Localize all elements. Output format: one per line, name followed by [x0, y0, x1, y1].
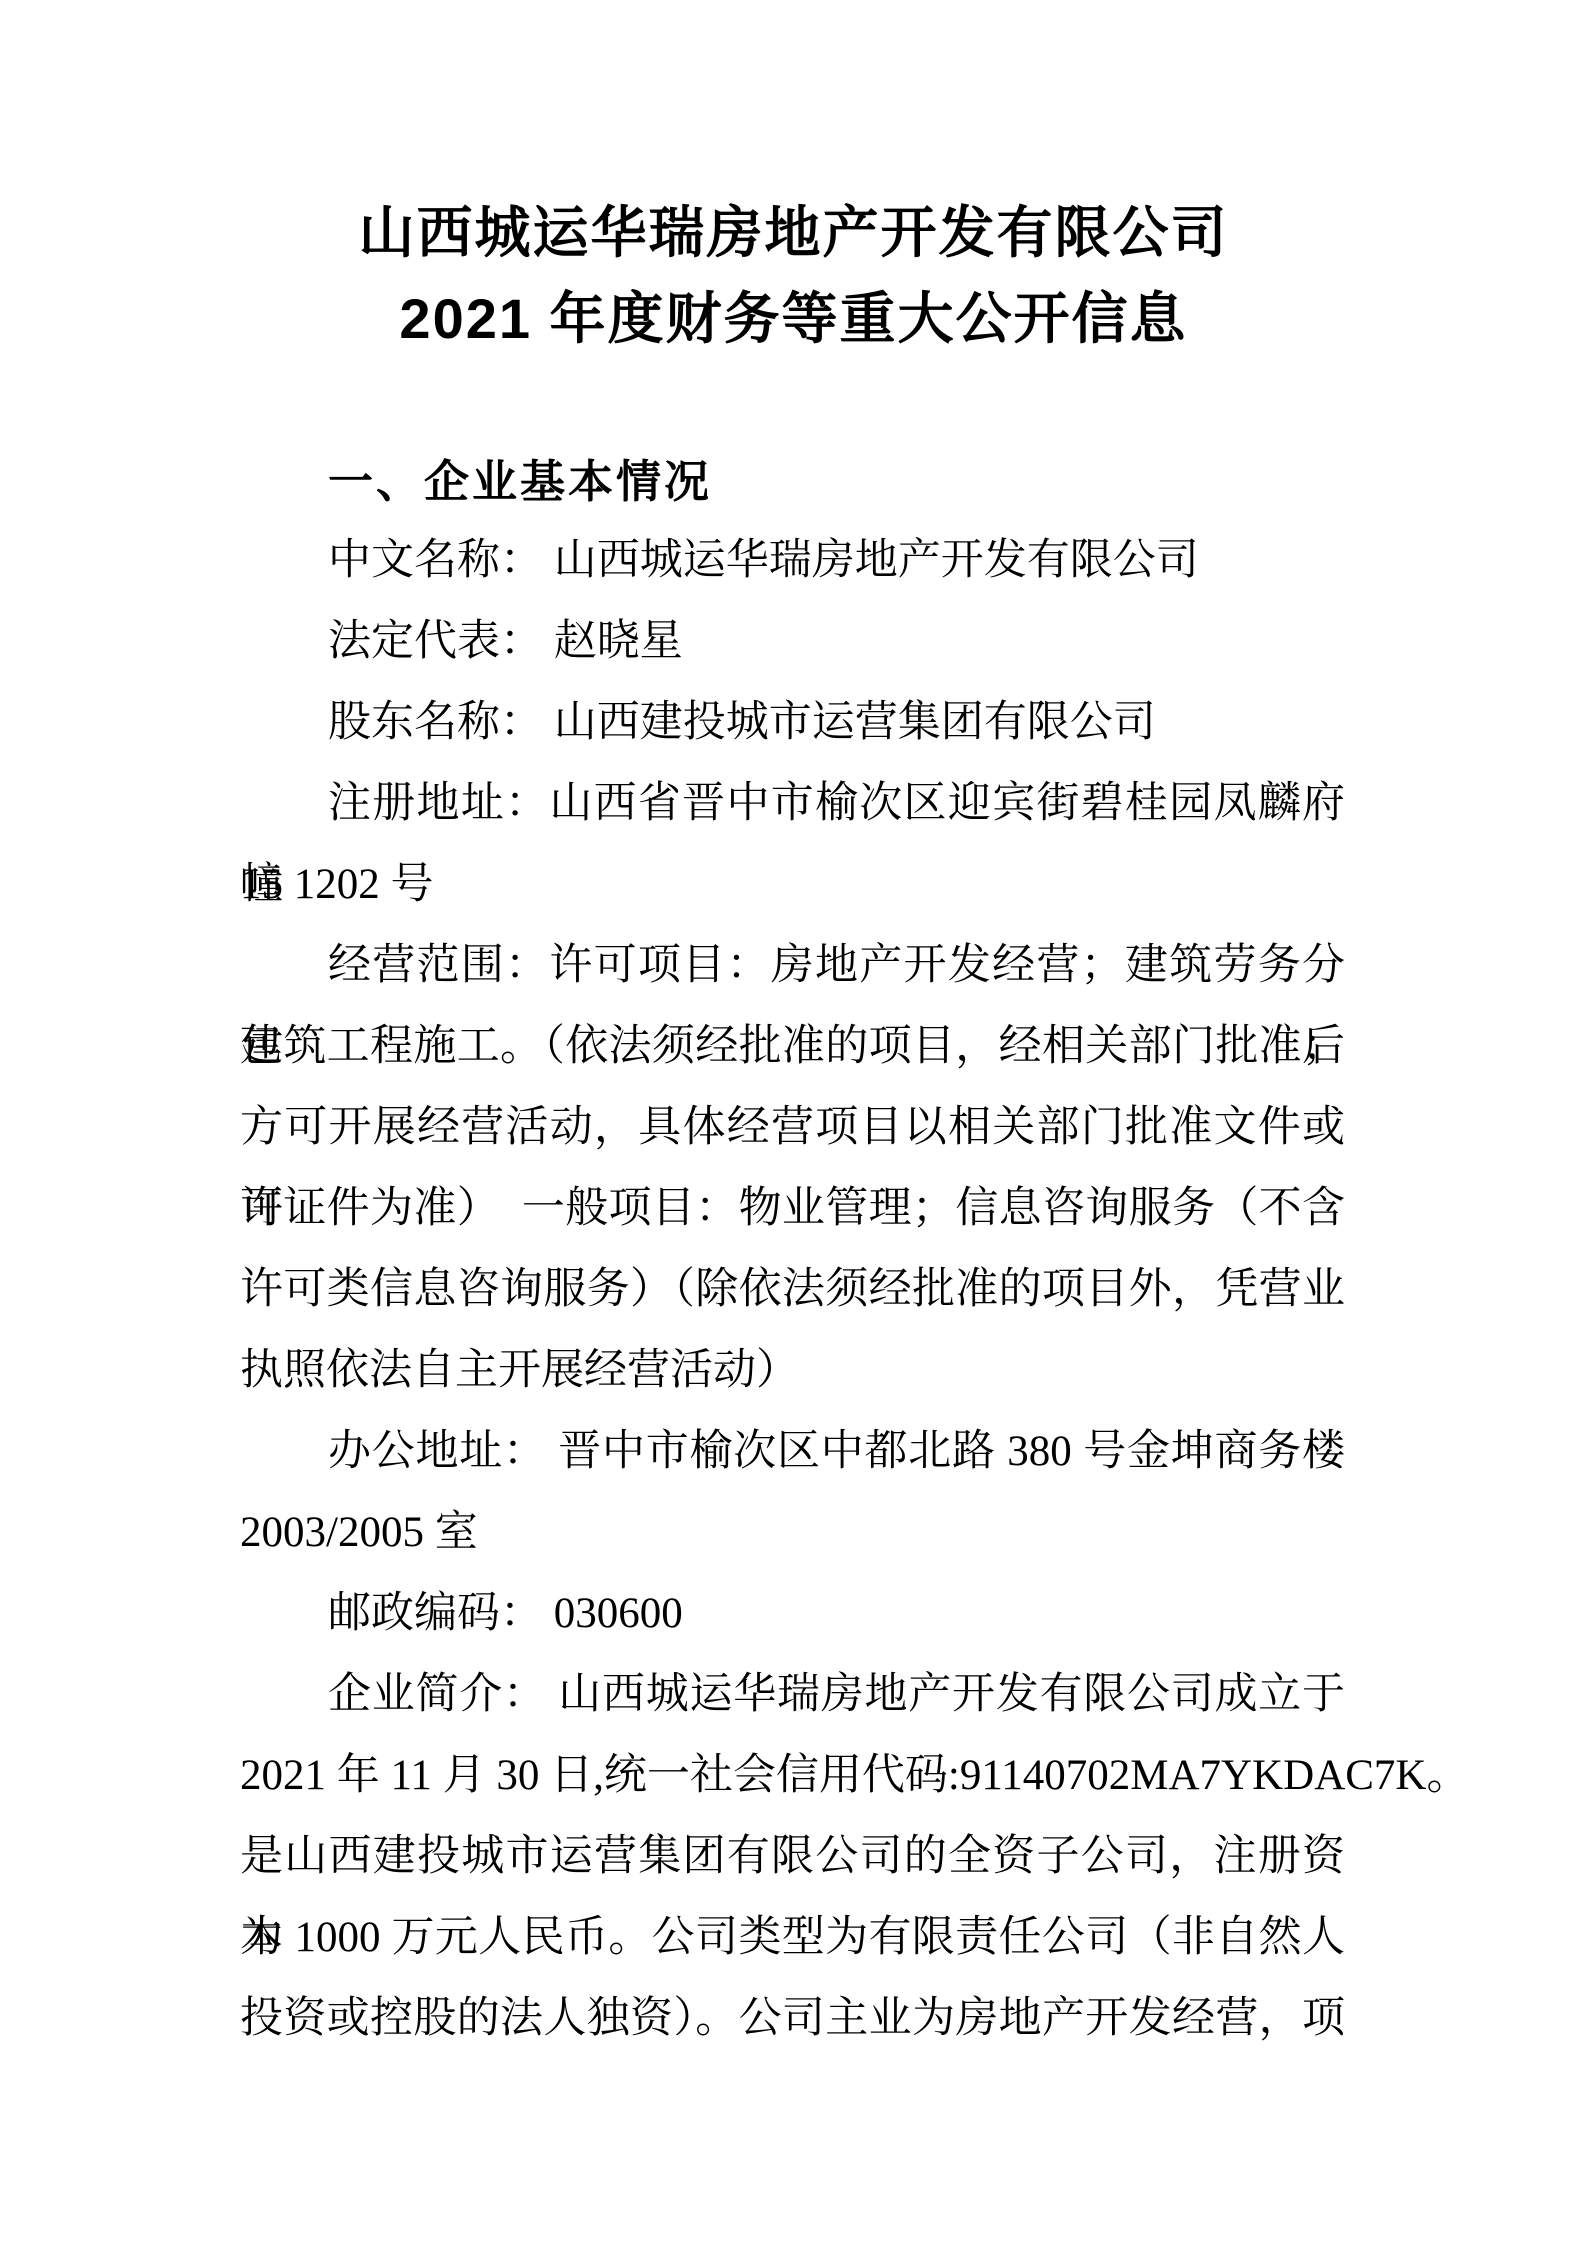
- section-heading: 一、企业基本情况: [240, 441, 1433, 522]
- document-line: 办公地址： 晋中市榆次区中都北路 380 号金坤商务楼: [240, 1411, 1345, 1492]
- document-title-line-2: 2021 年度财务等重大公开信息: [241, 276, 1346, 362]
- document-line: 为 1000 万元人民币。公司类型为有限责任公司（非自然人: [240, 1897, 1345, 1978]
- document-line: 幢 1202 号: [240, 844, 1345, 925]
- document-line: 建筑工程施工。（依法须经批准的项目，经相关部门批准后: [240, 1006, 1345, 1087]
- document-page: 山西城运华瑞房地产开发有限公司 2021 年度财务等重大公开信息 一、企业基本情…: [0, 0, 1587, 2245]
- document-line: 邮政编码： 030600: [240, 1573, 1345, 1654]
- document-line: 方可开展经营活动，具体经营项目以相关部门批准文件或许: [240, 1087, 1345, 1168]
- document-title-line-1: 山西城运华瑞房地产开发有限公司: [241, 190, 1346, 276]
- document-title: 山西城运华瑞房地产开发有限公司 2021 年度财务等重大公开信息: [241, 190, 1346, 362]
- document-body: 中文名称： 山西城运华瑞房地产开发有限公司 法定代表： 赵晓星 股东名称： 山西…: [240, 520, 1345, 2059]
- document-line: 经营范围：许可项目：房地产开发经营；建筑劳务分包；: [240, 925, 1345, 1006]
- document-line: 许可类信息咨询服务）（除依法须经批准的项目外，凭营业: [240, 1249, 1345, 1330]
- document-line: 中文名称： 山西城运华瑞房地产开发有限公司: [240, 520, 1345, 601]
- document-line: 注册地址：山西省晋中市榆次区迎宾街碧桂园凤麟府 15: [240, 763, 1345, 844]
- document-line: 2003/2005 室: [240, 1492, 1345, 1573]
- document-line: 法定代表： 赵晓星: [240, 601, 1345, 682]
- document-line: 2021 年 11 月 30 日,统一社会信用代码:91140702MA7YKD…: [240, 1735, 1345, 1816]
- document-line: 是山西建投城市运营集团有限公司的全资子公司，注册资本: [240, 1816, 1345, 1897]
- document-line: 可证件为准） 一般项目：物业管理；信息咨询服务（不含: [240, 1168, 1345, 1249]
- document-line: 股东名称： 山西建投城市运营集团有限公司: [240, 682, 1345, 763]
- document-line: 投资或控股的法人独资）。公司主业为房地产开发经营，项: [240, 1978, 1345, 2059]
- document-line: 企业简介： 山西城运华瑞房地产开发有限公司成立于: [240, 1654, 1345, 1735]
- document-line: 执照依法自主开展经营活动）: [240, 1330, 1345, 1411]
